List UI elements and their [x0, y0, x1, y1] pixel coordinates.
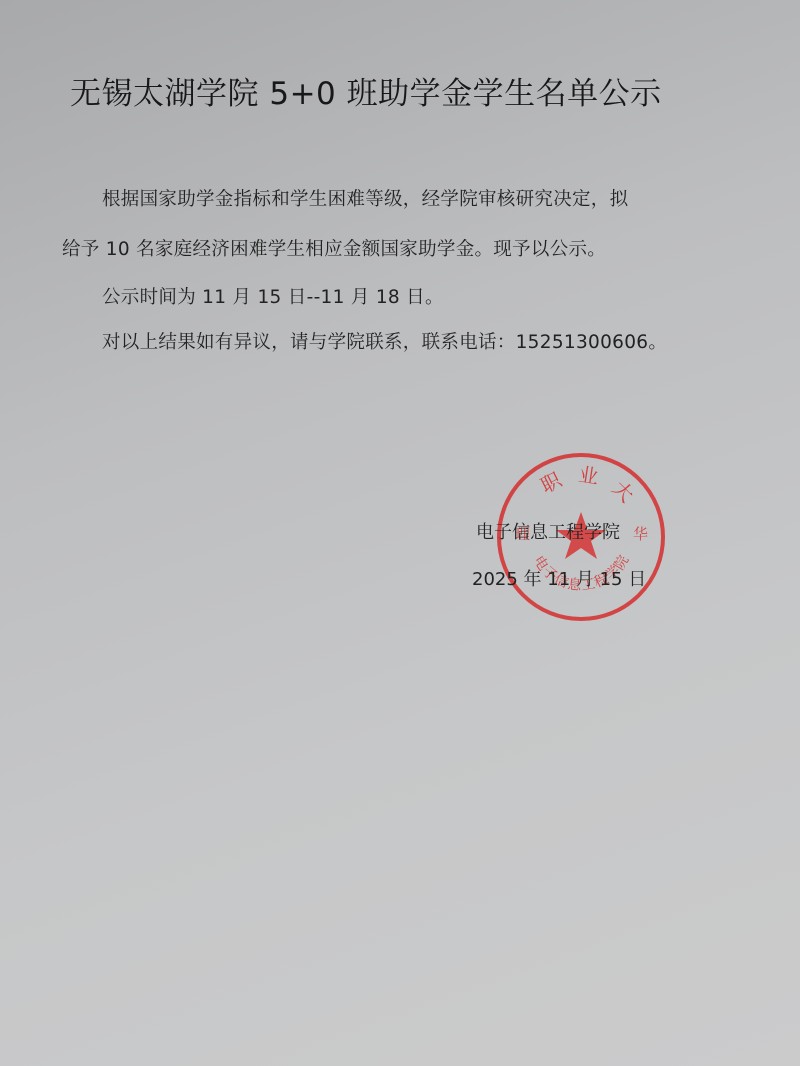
- seal-right-fragment: 华: [633, 525, 648, 543]
- seal-top-text: 职 业 大: [537, 462, 642, 510]
- signature-organization: 电子信息工程学院: [476, 518, 620, 544]
- paragraph-publicity-period: 公示时间为 11 月 15 日--11 月 18 日。: [102, 283, 444, 309]
- paragraph-contact: 对以上结果如有异议，请与学院联系，联系电话：15251300606。: [102, 328, 667, 354]
- paragraph-1-line-2: 给予 10 名家庭经济困难学生相应金额国家助学金。现予以公示。: [62, 235, 606, 261]
- paragraph-1-line-1: 根据国家助学金指标和学生困难等级，经学院审核研究决定，拟: [102, 185, 628, 211]
- signature-date: 2025 年 11 月 15 日: [472, 565, 646, 591]
- document-title: 无锡太湖学院 5+0 班助学金学生名单公示: [70, 68, 730, 113]
